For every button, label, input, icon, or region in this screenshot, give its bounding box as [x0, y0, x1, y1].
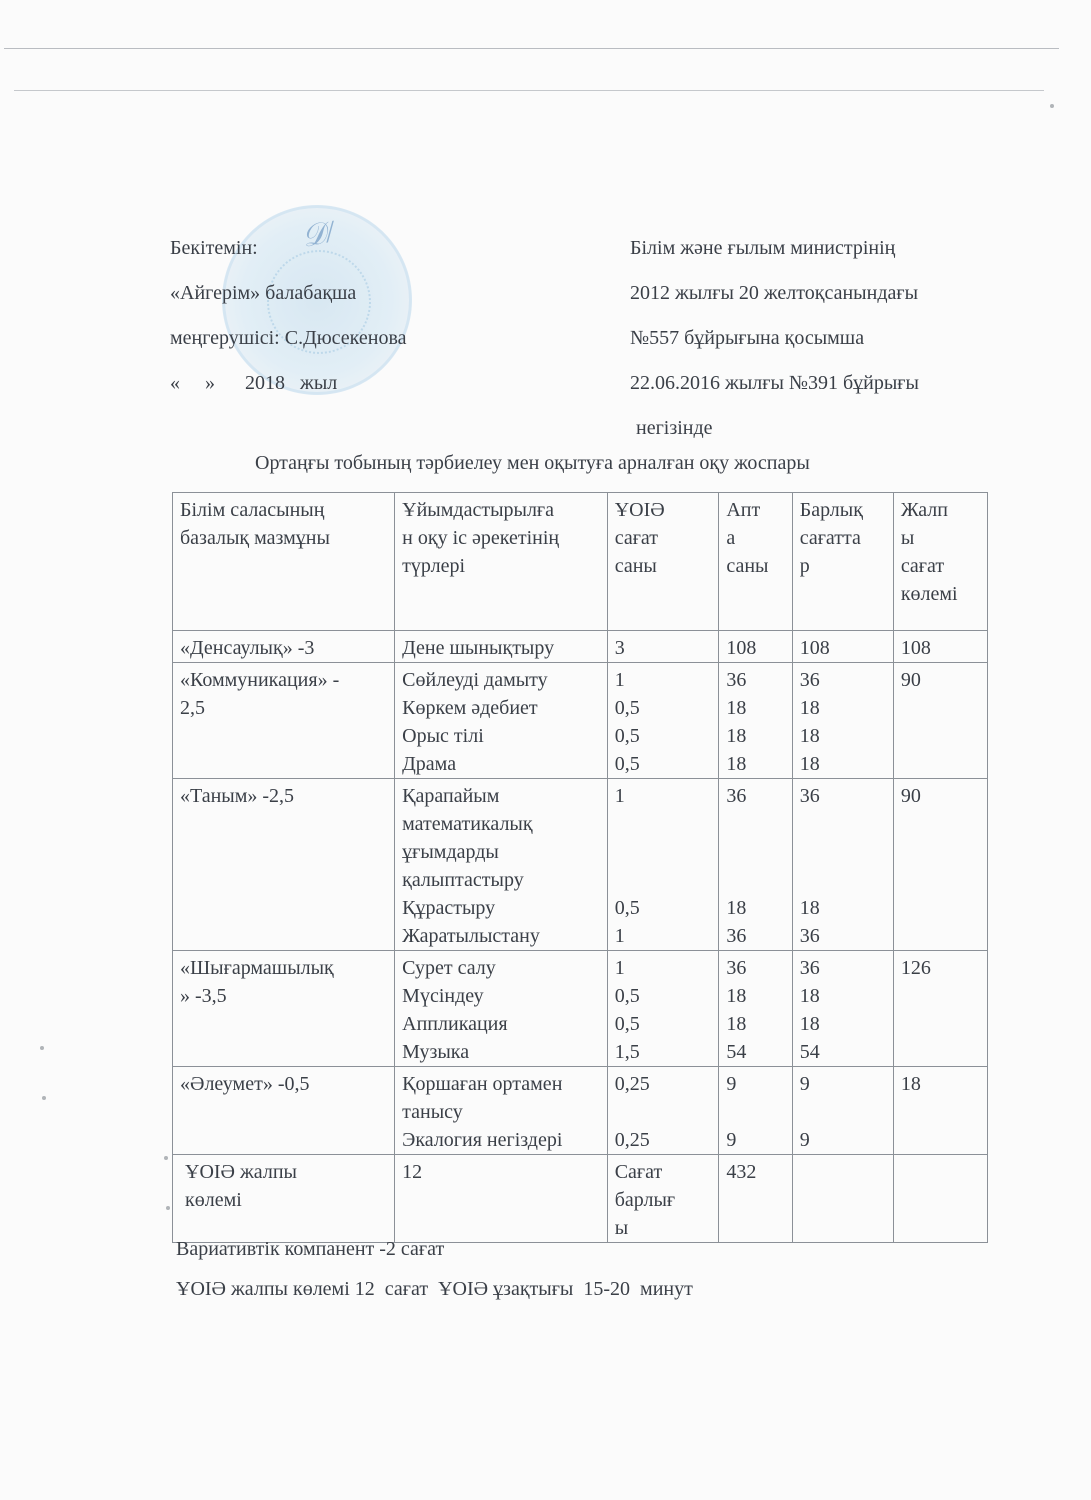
cell-line: 0,5 — [615, 694, 712, 722]
cell-line: барлығ — [615, 1186, 712, 1214]
scan-line — [4, 48, 1059, 49]
cell-line: 18 — [800, 894, 886, 922]
cell-line: 18 — [800, 694, 886, 722]
cell-line: 18 — [726, 722, 784, 750]
volume-value: 18 — [901, 1070, 980, 1098]
scan-line — [14, 90, 1044, 91]
approval-line: Бекітемін: — [170, 226, 407, 271]
legal-basis-block: Білім және ғылым министрінің 2012 жылғы … — [630, 226, 919, 451]
area-cell: «Таным» -2,5 — [173, 779, 395, 951]
cell-line: 18 — [726, 894, 784, 922]
cell-line: 36 — [800, 954, 886, 982]
cell-line: «Таным» -2,5 — [180, 782, 387, 810]
cell-line: математикалық — [402, 810, 600, 838]
header-cell: Жалпысағаткөлемі — [893, 493, 987, 631]
weeks-cell: 36181818 — [719, 663, 792, 779]
activity-cell: Сөйлеуді дамытуКөркем әдебиетОрыс тіліДр… — [395, 663, 608, 779]
cell-line: 1 — [615, 954, 712, 982]
cell-line: Сағат — [615, 1158, 712, 1186]
cell-line: 0,5 — [615, 982, 712, 1010]
cell-line: сағатта — [800, 524, 886, 552]
basis-line: негізінде — [630, 406, 919, 451]
variative-note: Вариативтік компанент -2 сағат — [176, 1238, 444, 1261]
header-cell: ҰОІӘсағатсаны — [607, 493, 719, 631]
cell-line: сағат — [615, 524, 712, 552]
cell-line: 18 — [800, 982, 886, 1010]
cell-line: Көркем әдебиет — [402, 694, 600, 722]
hours-all-value: 432 — [726, 1158, 784, 1186]
cell-line: 36 — [800, 922, 886, 950]
cell-line: ұғымдарды — [402, 838, 600, 866]
cell-line: 0,25 — [615, 1070, 712, 1098]
activity-cell: Дене шынықтыру — [395, 631, 608, 663]
cell-line: Білім саласының — [180, 496, 387, 524]
cell-line: р — [800, 552, 886, 580]
cell-line: 1 — [615, 666, 712, 694]
cell-line: 18 — [800, 1010, 886, 1038]
cell-line: 18 — [726, 750, 784, 778]
basis-line: Білім және ғылым министрінің — [630, 226, 919, 271]
empty-cell — [792, 1155, 893, 1243]
weeks-cell: 361836 — [719, 779, 792, 951]
cell-line: 2,5 — [180, 694, 387, 722]
cell-line: 0,5 — [615, 750, 712, 778]
volume-value: 90 — [901, 666, 980, 694]
cell-line: 3 — [615, 634, 712, 662]
hours-cell: 10,51 — [607, 779, 719, 951]
approval-line: «Айгерім» балабақша — [170, 271, 407, 316]
area-cell: «Шығармашылық» -3,5 — [173, 951, 395, 1067]
cell-line: 18 — [726, 694, 784, 722]
basis-line: 2012 жылғы 20 желтоқсанындағы — [630, 271, 919, 316]
hours-all-label-cell: Сағатбарлығы — [607, 1155, 719, 1243]
cell-line: 36 — [800, 782, 886, 810]
header-cell: Аптасаны — [719, 493, 792, 631]
activity-cell: Сурет салуМүсіндеуАппликацияМузыка — [395, 951, 608, 1067]
volume-cell: 126 — [893, 951, 987, 1067]
cell-line: 18 — [726, 982, 784, 1010]
cell-line: түрлері — [402, 552, 600, 580]
cell-line: 36 — [726, 954, 784, 982]
header-cell: Барлықсағаттар — [792, 493, 893, 631]
area-cell: «Әлеумет» -0,5 — [173, 1067, 395, 1155]
cell-line: көлемі — [185, 1186, 387, 1214]
cell-line: 1 — [615, 922, 712, 950]
volume-cell: 90 — [893, 779, 987, 951]
scan-speck — [42, 1096, 46, 1100]
table-row: «Әлеумет» -0,5 Қоршаған ортаментанысуЭка… — [173, 1067, 988, 1155]
cell-line: ҰОІӘ жалпы — [185, 1158, 387, 1186]
curriculum-table: Білім саласыныңбазалық мазмұны Ұйымдасты… — [172, 492, 988, 1243]
cell-line: Барлық — [800, 496, 886, 524]
table-row: «Денсаулық» -3 Дене шынықтыру 3 108 108 … — [173, 631, 988, 663]
scan-speck — [1050, 104, 1054, 108]
header-cell: Ұйымдастырылған оқу іс әрекетініңтүрлері — [395, 493, 608, 631]
cell-line: Құрастыру — [402, 894, 600, 922]
table-row: «Таным» -2,5 Қарапайымматематикалықұғымд… — [173, 779, 988, 951]
total-hours-cell: 12 — [395, 1155, 608, 1243]
total-hours-cell: 36181854 — [792, 951, 893, 1067]
cell-line: ы — [901, 524, 980, 552]
cell-line: «Шығармашылық — [180, 954, 387, 982]
cell-line: 0,5 — [615, 722, 712, 750]
cell-line: саны — [726, 552, 784, 580]
cell-line: 18 — [726, 1010, 784, 1038]
cell-line: ҰОІӘ — [615, 496, 712, 524]
cell-line: 9 — [726, 1070, 784, 1098]
cell-line: Қарапайым — [402, 782, 600, 810]
cell-line: 18 — [800, 750, 886, 778]
activity-cell: Қарапайымматематикалықұғымдардықалыптаст… — [395, 779, 608, 951]
cell-line: 54 — [800, 1038, 886, 1066]
cell-line: 36 — [800, 666, 886, 694]
scan-speck — [164, 1156, 168, 1160]
cell-line: 1,5 — [615, 1038, 712, 1066]
cell-line: Дене шынықтыру — [402, 634, 600, 662]
cell-line: Мүсіндеу — [402, 982, 600, 1010]
weeks-cell: 99 — [719, 1067, 792, 1155]
cell-line: 9 — [726, 1126, 784, 1154]
cell-line: танысу — [402, 1098, 600, 1126]
cell-line: 108 — [800, 634, 886, 662]
cell-line: Ұйымдастырылға — [402, 496, 600, 524]
activity-cell: Қоршаған ортаментанысуЭкалогия негіздері — [395, 1067, 608, 1155]
total-hours-cell: 361836 — [792, 779, 893, 951]
cell-line: 0,25 — [615, 1126, 712, 1154]
header-cell: Білім саласыныңбазалық мазмұны — [173, 493, 395, 631]
cell-line: 0,5 — [615, 894, 712, 922]
cell-line: 1 — [615, 782, 712, 810]
cell-line: Апт — [726, 496, 784, 524]
total-hours-cell: 99 — [792, 1067, 893, 1155]
cell-line: 9 — [800, 1126, 886, 1154]
cell-line: Драма — [402, 750, 600, 778]
cell-line: Жалп — [901, 496, 980, 524]
area-cell: «Денсаулық» -3 — [173, 631, 395, 663]
approval-line: меңгерушісі: С.Дюсекенова — [170, 316, 407, 361]
total-hours-cell: 108 — [792, 631, 893, 663]
cell-line: Жаратылыстану — [402, 922, 600, 950]
hours-cell: 3 — [607, 631, 719, 663]
basis-line: 22.06.2016 жылғы №391 бұйрығы — [630, 361, 919, 406]
scan-speck — [166, 1206, 170, 1210]
total-label-cell: ҰОІӘ жалпыкөлемі — [173, 1155, 395, 1243]
cell-line: Экалогия негіздері — [402, 1126, 600, 1154]
approval-block: Бекітемін: «Айгерім» балабақша меңгеруші… — [170, 226, 407, 406]
cell-line: Музыка — [402, 1038, 600, 1066]
cell-line: ы — [615, 1214, 712, 1242]
table-total-row: ҰОІӘ жалпыкөлемі 12 Сағатбарлығы 432 — [173, 1155, 988, 1243]
cell-line: қалыптастыру — [402, 866, 600, 894]
cell-line: 18 — [800, 722, 886, 750]
cell-line: Сөйлеуді дамыту — [402, 666, 600, 694]
cell-line: 36 — [726, 922, 784, 950]
hours-cell: 10,50,50,5 — [607, 663, 719, 779]
cell-line: Сурет салу — [402, 954, 600, 982]
cell-line: саны — [615, 552, 712, 580]
cell-line: 54 — [726, 1038, 784, 1066]
cell-line: Орыс тілі — [402, 722, 600, 750]
volume-cell: 18 — [893, 1067, 987, 1155]
cell-line: 0,5 — [615, 1010, 712, 1038]
cell-line: 36 — [726, 782, 784, 810]
weeks-cell: 108 — [719, 631, 792, 663]
volume-cell: 108 — [893, 631, 987, 663]
scan-speck — [40, 1046, 44, 1050]
cell-line: 36 — [726, 666, 784, 694]
cell-line: «Денсаулық» -3 — [180, 634, 387, 662]
volume-value: 90 — [901, 782, 980, 810]
cell-line: «Коммуникация» - — [180, 666, 387, 694]
table-row: «Коммуникация» -2,5 Сөйлеуді дамытуКөрке… — [173, 663, 988, 779]
volume-cell: 90 — [893, 663, 987, 779]
volume-value: 126 — [901, 954, 980, 982]
table-row: «Шығармашылық» -3,5 Сурет салуМүсіндеуАп… — [173, 951, 988, 1067]
summary-note: ҰОІӘ жалпы көлемі 12 сағат ҰОІӘ ұзақтығы… — [176, 1278, 693, 1301]
hours-cell: 10,50,51,5 — [607, 951, 719, 1067]
basis-line: №557 бұйрығына қосымша — [630, 316, 919, 361]
cell-line: Қоршаған ортамен — [402, 1070, 600, 1098]
cell-line: 108 — [726, 634, 784, 662]
document-title: Ортаңғы тобының тәрбиелеу мен оқытуға ар… — [255, 452, 810, 475]
hours-all-value-cell: 432 — [719, 1155, 792, 1243]
empty-cell — [893, 1155, 987, 1243]
hours-cell: 0,250,25 — [607, 1067, 719, 1155]
cell-line: «Әлеумет» -0,5 — [180, 1070, 387, 1098]
volume-value: 108 — [901, 634, 980, 662]
cell-line: а — [726, 524, 784, 552]
cell-line: н оқу іс әрекетінің — [402, 524, 600, 552]
total-hours-value: 12 — [402, 1158, 600, 1186]
cell-line: көлемі — [901, 580, 980, 608]
cell-line: базалық мазмұны — [180, 524, 387, 552]
cell-line: 9 — [800, 1070, 886, 1098]
area-cell: «Коммуникация» -2,5 — [173, 663, 395, 779]
cell-line: Аппликация — [402, 1010, 600, 1038]
cell-line: сағат — [901, 552, 980, 580]
approval-date: « » 2018 жыл — [170, 361, 407, 406]
weeks-cell: 36181854 — [719, 951, 792, 1067]
total-hours-cell: 36181818 — [792, 663, 893, 779]
cell-line: » -3,5 — [180, 982, 387, 1010]
table-header-row: Білім саласыныңбазалық мазмұны Ұйымдасты… — [173, 493, 988, 631]
